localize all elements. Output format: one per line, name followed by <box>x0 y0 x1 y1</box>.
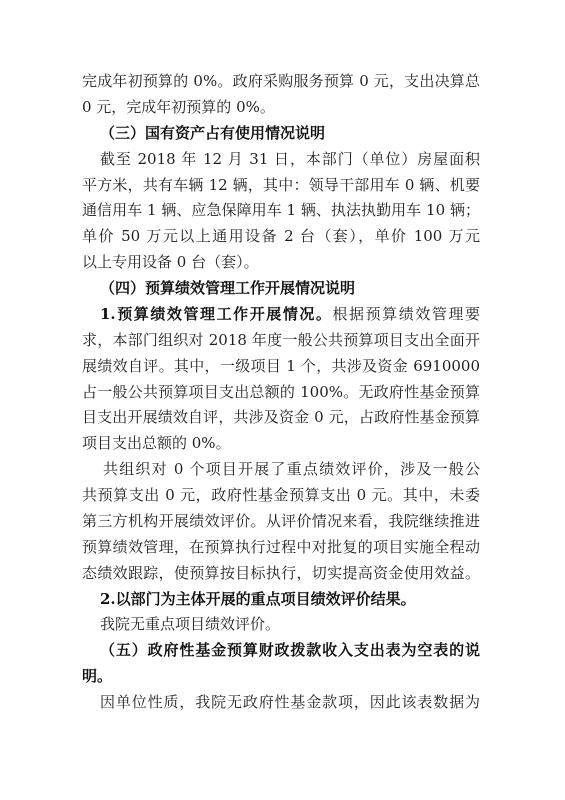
text-line: 截至 2018 年 12 月 31 日，本部门（单位）房屋面积 12624 <box>82 147 480 173</box>
body-text: 因单位性质，我院无政府性基金款项，因此该表数据为 <box>100 693 480 711</box>
text-line: 以上专用设备 0 台（套）。 <box>82 250 480 276</box>
document-page: 完成年初预算的 0%。政府采购服务预算 0 元，支出决算总额0 元，完成年初预算… <box>0 0 565 800</box>
body-text: 平方米，共有车辆 12 辆，其中：领导干部用车 0 辆、机要 <box>82 176 480 194</box>
text-line: 完成年初预算的 0%。政府采购服务预算 0 元，支出决算总额 <box>82 69 480 95</box>
body-text: 根据预算绩效管理要 <box>333 305 480 323</box>
text-line: 共预算支出 0 元，政府性基金预算支出 0 元。其中，未委托 <box>82 483 480 509</box>
text-line: 占一般公共预算项目支出总额的 100%。无政府性基金预算项 <box>82 380 480 406</box>
body-text: 我院无重点项目绩效评价。 <box>100 615 280 633</box>
body-text: 完成年初预算的 0%。政府采购服务预算 0 元，支出决算总额 <box>82 72 480 95</box>
text-line: （三）国有资产占有使用情况说明 <box>82 121 480 147</box>
text-line: 展绩效自评。其中，一级项目 1 个，共涉及资金 6910000 元， <box>82 354 480 380</box>
body-text: 态绩效跟踪，使预算按目标执行，切实提高资金使用效益。 <box>82 564 480 582</box>
body-text: 项目支出总额的 0%。 <box>82 434 231 452</box>
body-text: 预算绩效管理，在预算执行过程中对批复的项目实施全程动 <box>82 538 480 556</box>
text-line: 平方米，共有车辆 12 辆，其中：领导干部用车 0 辆、机要 <box>82 173 480 199</box>
heading-text: 2.以部门为主体开展的重点项目绩效评价结果。 <box>100 590 416 608</box>
text-line: 目支出开展绩效自评，共涉及资金 0 元，占政府性基金预算 <box>82 405 480 431</box>
body-text: 0 元，完成年初预算的 0%。 <box>82 98 275 116</box>
text-line: 通信用车 1 辆、应急保障用车 1 辆、执法执勤用车 10 辆； <box>82 198 480 224</box>
text-block: 完成年初预算的 0%。政府采购服务预算 0 元，支出决算总额0 元，完成年初预算… <box>82 69 480 716</box>
text-line: 2.以部门为主体开展的重点项目绩效评价结果。 <box>82 587 480 613</box>
heading-text: 1.预算绩效管理工作开展情况。 <box>100 305 333 323</box>
body-text: 通信用车 1 辆、应急保障用车 1 辆、执法执勤用车 10 辆； <box>82 201 480 219</box>
body-text: 目支出开展绩效自评，共涉及资金 0 元，占政府性基金预算 <box>82 408 480 426</box>
heading-text: （四）预算绩效管理工作开展情况说明 <box>100 279 355 297</box>
text-line: 明。 <box>82 664 480 690</box>
body-text: 第三方机构开展绩效评价。从评价情况来看，我院继续推进 <box>82 512 480 530</box>
text-line: 0 元，完成年初预算的 0%。 <box>82 95 480 121</box>
body-text: 求，本部门组织对 2018 年度一般公共预算项目支出全面开 <box>82 331 480 349</box>
body-text: 共组织对 0 个项目开展了重点绩效评价，涉及一般公 <box>103 460 480 478</box>
text-line: 1.预算绩效管理工作开展情况。根据预算绩效管理要 <box>82 302 480 328</box>
text-line: （五）政府性基金预算财政拨款收入支出表为空表的说 <box>82 638 480 664</box>
text-line: 因单位性质，我院无政府性基金款项，因此该表数据为 <box>82 690 480 716</box>
text-line: 我院无重点项目绩效评价。 <box>82 612 480 638</box>
body-text: 截至 2018 年 12 月 31 日，本部门（单位）房屋面积 12624 <box>82 150 480 173</box>
heading-text: 明。 <box>82 667 112 685</box>
body-text: 单价 50 万元以上通用设备 2 台（套），单价 100 万元（含） <box>82 227 480 250</box>
heading-text: （三）国有资产占有使用情况说明 <box>100 124 325 142</box>
body-text: 占一般公共预算项目支出总额的 100%。无政府性基金预算项 <box>82 383 480 406</box>
text-line: 共组织对 0 个项目开展了重点绩效评价，涉及一般公 <box>82 457 480 483</box>
text-line: （四）预算绩效管理工作开展情况说明 <box>82 276 480 302</box>
heading-text: （五）政府性基金预算财政拨款收入支出表为空表的说 <box>100 641 480 659</box>
text-line: 求，本部门组织对 2018 年度一般公共预算项目支出全面开 <box>82 328 480 354</box>
body-text: 共预算支出 0 元，政府性基金预算支出 0 元。其中，未委托 <box>82 486 480 509</box>
text-line: 第三方机构开展绩效评价。从评价情况来看，我院继续推进 <box>82 509 480 535</box>
text-line: 项目支出总额的 0%。 <box>82 431 480 457</box>
body-text: 展绩效自评。其中，一级项目 1 个，共涉及资金 6910000 元， <box>82 357 480 380</box>
body-text: 以上专用设备 0 台（套）。 <box>82 253 259 271</box>
text-line: 单价 50 万元以上通用设备 2 台（套），单价 100 万元（含） <box>82 224 480 250</box>
text-line: 态绩效跟踪，使预算按目标执行，切实提高资金使用效益。 <box>82 561 480 587</box>
text-line: 预算绩效管理，在预算执行过程中对批复的项目实施全程动 <box>82 535 480 561</box>
